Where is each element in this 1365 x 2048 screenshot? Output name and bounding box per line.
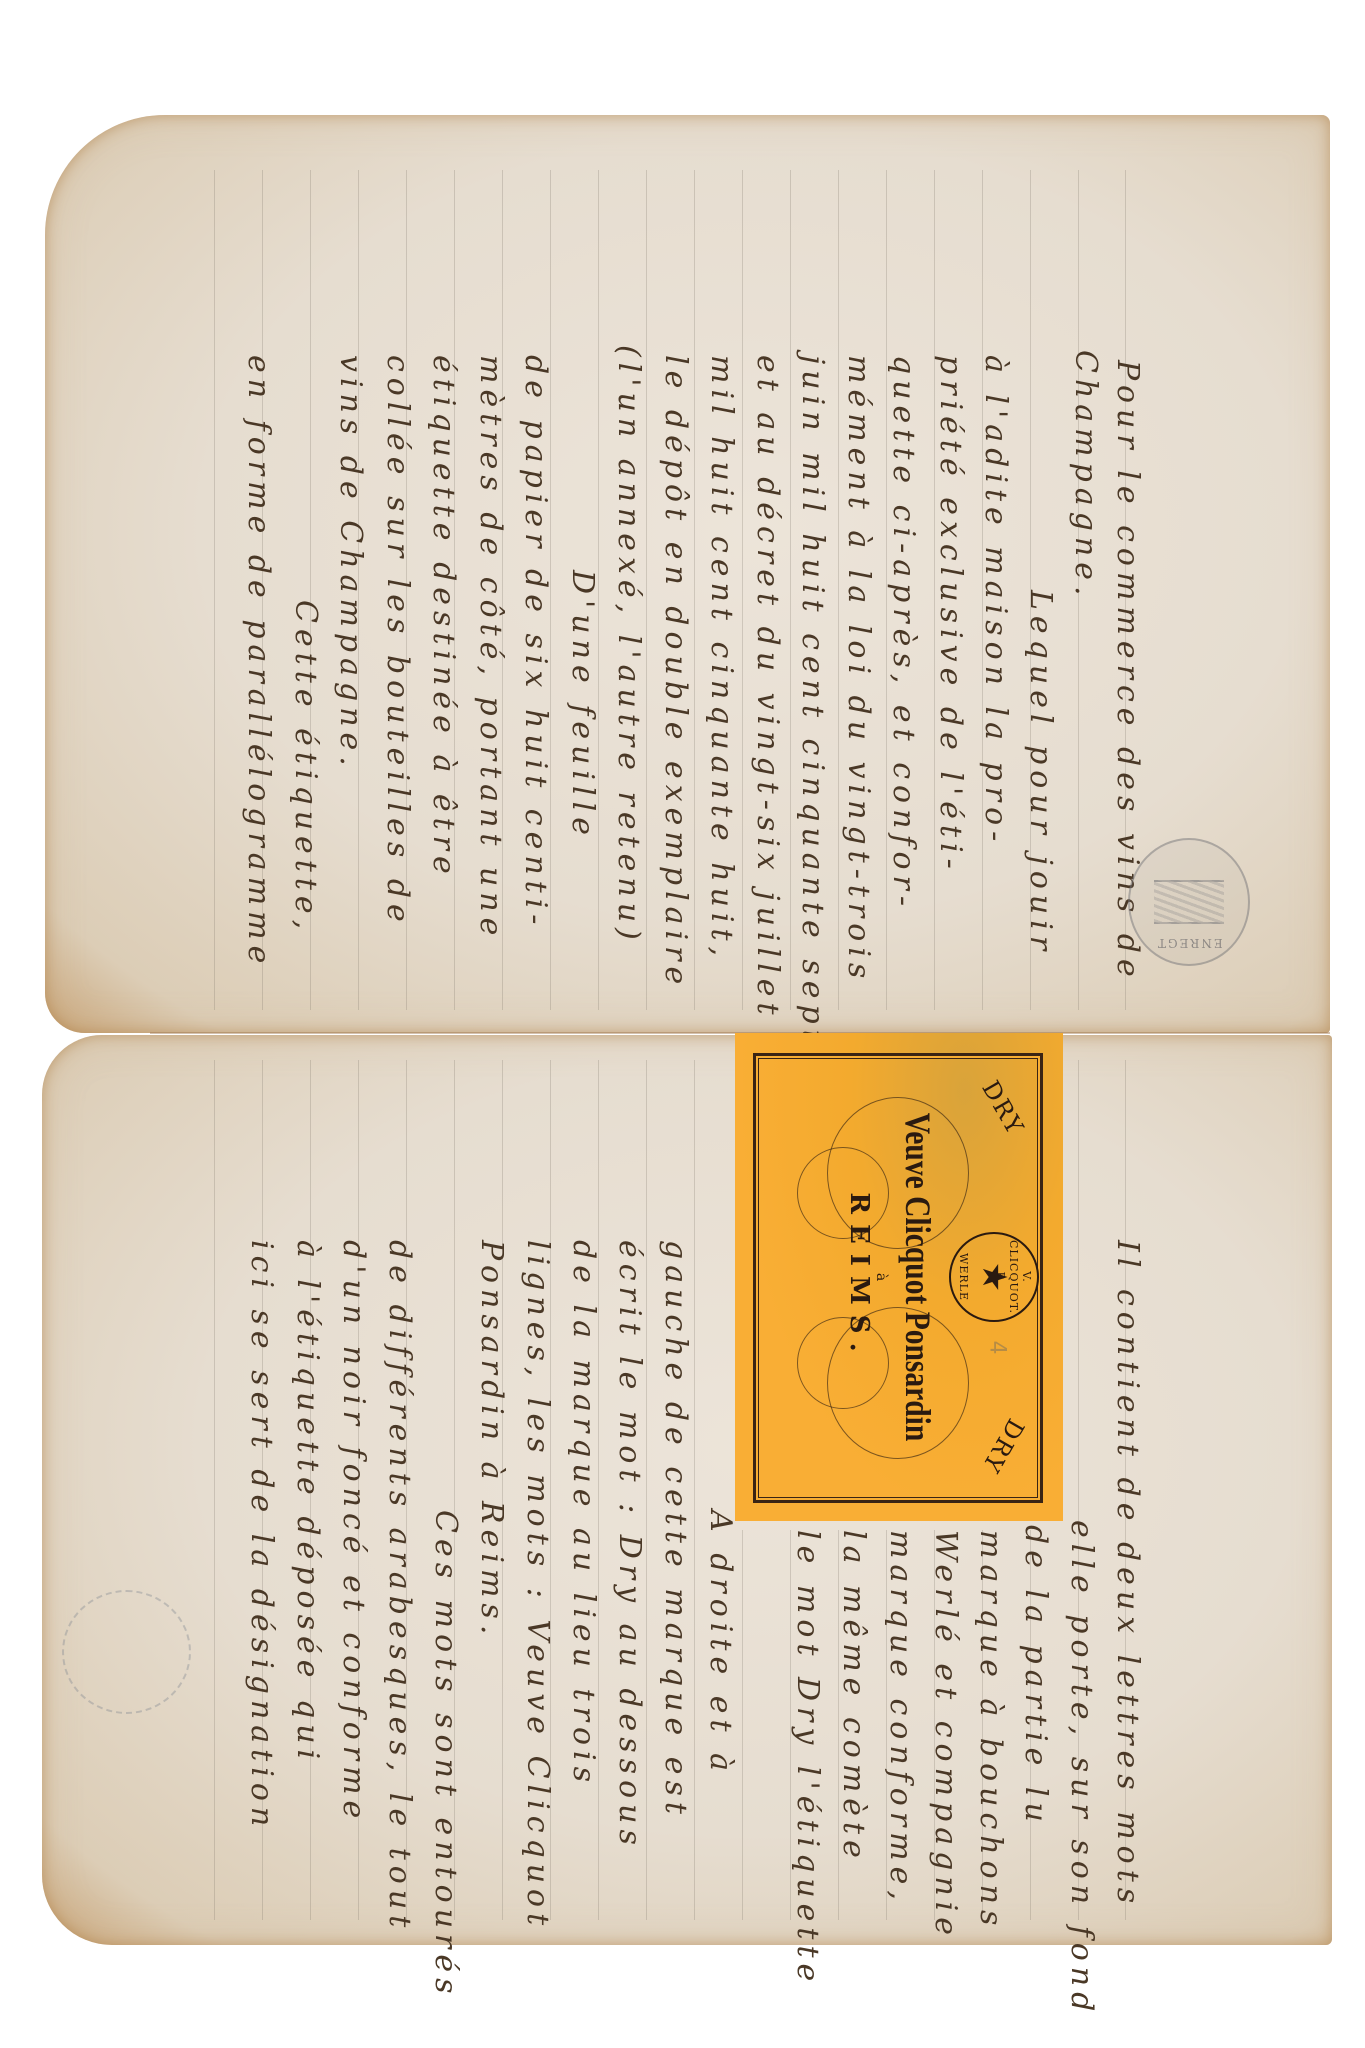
handwritten-line: de différents arabesques, le tout bbox=[384, 1240, 414, 1933]
pencil-annotation: 4 bbox=[985, 1341, 1010, 1355]
handwritten-line: gauche de cette marque est bbox=[660, 1240, 690, 1820]
handwritten-line: ici se sert de la désignation bbox=[246, 1240, 276, 1832]
handwritten-line: écrit le mot : Dry au dessous bbox=[614, 1240, 644, 1851]
handwritten-line: le mot Dry l'étiquette bbox=[792, 1530, 822, 1987]
handwritten-line: la même comète bbox=[838, 1530, 868, 1864]
label-brand-name: Veuve Clicquot Ponsardin bbox=[897, 1097, 939, 1458]
handwritten-line: Ponsardin à Reims. bbox=[476, 1240, 506, 1640]
handwritten-line: Il contient de deux lettres mots bbox=[1112, 1240, 1142, 1909]
handwritten-line: A droite et à bbox=[705, 1510, 735, 1777]
handwritten-line: elle porte, sur son fond bbox=[1066, 1520, 1096, 2017]
handwritten-line: marque à bouchons bbox=[975, 1530, 1005, 1931]
handwritten-line: de la partie lu bbox=[1020, 1525, 1050, 1828]
handwritten-line: vins de Champagne. bbox=[335, 355, 365, 772]
label-city: REIMS. bbox=[844, 1057, 874, 1497]
handwritten-line: mètres de côté, portant une bbox=[475, 355, 505, 941]
champagne-label: DRY DRY V. CLICQUOT. P. ★ WERLE Veuve Cl… bbox=[735, 1033, 1063, 1521]
handwritten-line: d'un noir foncé et conforme bbox=[338, 1240, 368, 1824]
handwritten-line: de la marque au lieu trois bbox=[568, 1240, 598, 1788]
handwritten-line: priété exclusive de l'éti- bbox=[935, 355, 965, 875]
handwritten-line: Champagne. bbox=[1070, 350, 1100, 602]
stamp-text: ENREGT bbox=[1156, 936, 1223, 950]
handwritten-line: Lequel pour jouir bbox=[1025, 590, 1055, 956]
handwritten-line: et au décret du vingt-six juillet bbox=[752, 355, 782, 1021]
notary-stamp: ENREGT bbox=[1128, 838, 1250, 966]
handwritten-line: marque conforme, bbox=[885, 1530, 915, 1906]
handwritten-line: à l'étiquette déposée qui bbox=[292, 1240, 322, 1765]
handwritten-line: Ces mots sont entourés bbox=[430, 1510, 460, 2000]
handwritten-line: (l'un annexé, l'autre retenu) bbox=[613, 345, 643, 946]
handwritten-line: D'une feuille bbox=[567, 570, 597, 841]
handwritten-line: mil huit cent cinquante huit, bbox=[706, 355, 736, 962]
handwritten-line: étiquette destinée à être bbox=[428, 355, 458, 880]
handwritten-line: à l'adite maison la pro- bbox=[980, 355, 1010, 847]
seal-text-top: V. CLICQUOT. P. bbox=[994, 1234, 1033, 1320]
handwritten-line: en forme de parallélogramme bbox=[243, 355, 273, 969]
label-dry-left: DRY bbox=[976, 1076, 1029, 1141]
handwritten-line: de papier de six huit centi- bbox=[520, 355, 550, 930]
stamp-engraving-icon bbox=[1154, 880, 1224, 924]
handwritten-line: collée sur les bouteilles de bbox=[382, 355, 412, 928]
handwritten-line: lignes, les mots : Veuve Clicquot bbox=[522, 1240, 552, 1931]
seal-text-bottom: WERLE bbox=[957, 1234, 970, 1320]
label-dry-right: DRY bbox=[976, 1413, 1029, 1478]
handwritten-line: le dépôt en double exemplaire bbox=[660, 355, 690, 990]
faint-seal-stamp bbox=[62, 1590, 191, 1714]
label-content: DRY DRY V. CLICQUOT. P. ★ WERLE Veuve Cl… bbox=[759, 1057, 1039, 1497]
handwritten-line: mément à la loi du vingt-trois bbox=[843, 355, 873, 984]
handwritten-line: juin mil huit cent cinquante sept bbox=[797, 355, 827, 1048]
handwritten-line: Cette étiquette, bbox=[290, 600, 320, 935]
handwritten-line: quette ci-après, et confor- bbox=[888, 355, 918, 912]
handwritten-line: Werlé et compagnie bbox=[930, 1530, 960, 1941]
label-preposition: à bbox=[873, 1057, 889, 1497]
clicquot-seal: V. CLICQUOT. P. ★ WERLE bbox=[949, 1232, 1039, 1322]
